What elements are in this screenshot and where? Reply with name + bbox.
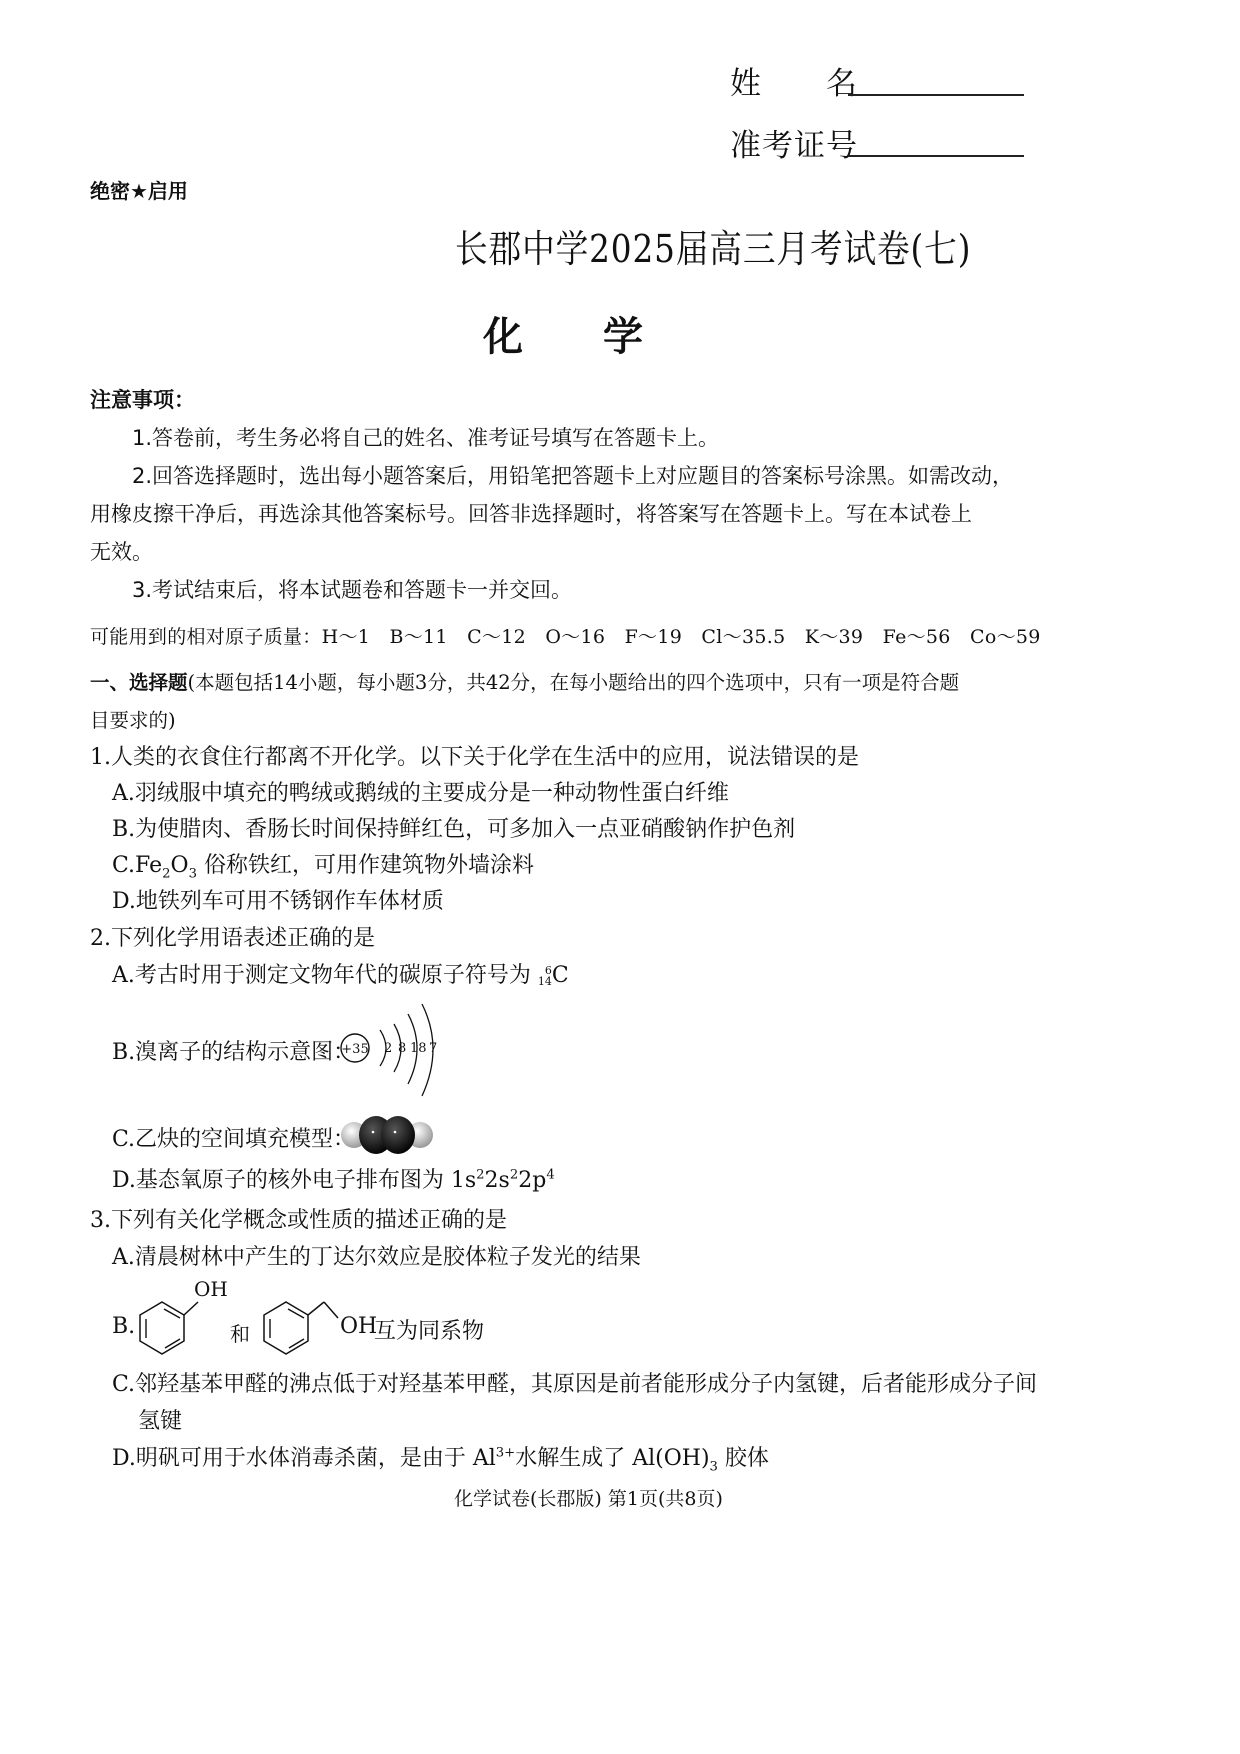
question-3-option-c: C.邻羟基苯甲醛的沸点低于对羟基苯甲醛，其原因是前者能形成分子内氢键，后者能形成… — [112, 1367, 1037, 1398]
bromide-ion-structure-diagram: +35 2 8 18 7 — [340, 1000, 450, 1110]
svg-text:8: 8 — [398, 1041, 406, 1056]
question-3-option-b: B. OH 和 OH 互为同系物 — [112, 1272, 512, 1372]
question-2-option-a: A.考古时用于测定文物年代的碳原子符号为 614C — [112, 958, 569, 989]
phenol-structure: OH — [130, 1272, 230, 1372]
exam-id-field[interactable] — [848, 155, 1024, 157]
svg-text:+35: +35 — [341, 1042, 368, 1057]
question-1-option-c: C.Fe2O3 俗称铁红，可用作建筑物外墙涂料 — [112, 848, 534, 881]
acetylene-space-filling-model — [340, 1115, 440, 1155]
question-3-option-a: A.清晨树林中产生的丁达尔效应是胶体粒子发光的结果 — [112, 1240, 641, 1271]
question-2-stem: 2.下列化学用语表述正确的是 — [90, 921, 375, 952]
question-1-option-a: A.羽绒服中填充的鸭绒或鹅绒的主要成分是一种动物性蛋白纤维 — [112, 776, 729, 807]
question-2-option-c: C.乙炔的空间填充模型： — [112, 1122, 355, 1153]
notice-item-2: 2.回答选择题时，选出每小题答案后，用铅笔把答题卡上对应题目的答案标号涂黑。如需… — [132, 456, 1013, 496]
svg-text:2: 2 — [384, 1041, 392, 1056]
question-3-option-c-cont: 氢键 — [138, 1404, 182, 1435]
question-1-option-d: D.地铁列车可用不锈钢作车体材质 — [112, 884, 444, 915]
exam-id-label: 准考证号 — [730, 120, 858, 165]
question-2-option-b: B.溴离子的结构示意图： — [112, 1035, 355, 1066]
question-1-stem: 1.人类的衣食住行都离不开化学。以下关于化学在生活中的应用，说法错误的是 — [90, 740, 859, 771]
question-3-option-d: D.明矾可用于水体消毒杀菌，是由于 Al3+水解生成了 Al(OH)3 胶体 — [112, 1441, 769, 1474]
atomic-masses: 可能用到的相对原子质量：H～1 B～11 C～12 O～16 F～19 Cl～3… — [90, 622, 1041, 649]
notice-item-3: 3.考试结束后，将本试题卷和答题卡一并交回。 — [132, 570, 572, 610]
notice-item-1: 1.答卷前，考生务必将自己的姓名、准考证号填写在答题卡上。 — [132, 418, 719, 458]
notice-heading: 注意事项： — [90, 384, 195, 414]
notice-item-2-cont2: 无效。 — [90, 532, 153, 572]
name-label: 姓 名 — [730, 58, 858, 103]
svg-text:7: 7 — [429, 1041, 437, 1056]
question-2-option-d: D.基态氧原子的核外电子排布图为 1s22s22p4 — [112, 1163, 555, 1194]
page-footer: 化学试卷(长郡版) 第1页(共8页) — [454, 1484, 723, 1511]
name-field[interactable] — [848, 94, 1024, 96]
benzyl-alcohol-structure — [254, 1272, 354, 1372]
question-3-stem: 3.下列有关化学概念或性质的描述正确的是 — [90, 1203, 507, 1234]
section-heading: 一、选择题(本题包括14小题，每小题3分，共42分，在每小题给出的四个选项中，只… — [90, 667, 959, 695]
section-description: (本题包括14小题，每小题3分，共42分，在每小题给出的四个选项中，只有一项是符… — [188, 671, 960, 694]
atomic-masses-values: H～1 B～11 C～12 O～16 F～19 Cl～35.5 K～39 Fe～… — [322, 626, 1041, 648]
question-1-option-b: B.为使腊肉、香肠长时间保持鲜红色，可多加入一点亚硝酸钠作护色剂 — [112, 812, 795, 843]
svg-text:OH: OH — [194, 1277, 228, 1301]
section-description-cont: 目要求的) — [90, 705, 176, 733]
notice-item-2-cont: 用橡皮擦干净后，再选涂其他答案标号。回答非选择题时，将答案写在答题卡上。写在本试… — [90, 494, 972, 534]
confidential-mark: 绝密★启用 — [90, 175, 188, 204]
subject-title: 化 学 — [483, 305, 643, 362]
section-title: 一、选择题 — [90, 671, 188, 694]
exam-title: 长郡中学2025届高三月考试卷(七) — [455, 218, 971, 273]
atomic-masses-label: 可能用到的相对原子质量： — [90, 626, 322, 648]
svg-text:18: 18 — [410, 1041, 427, 1056]
